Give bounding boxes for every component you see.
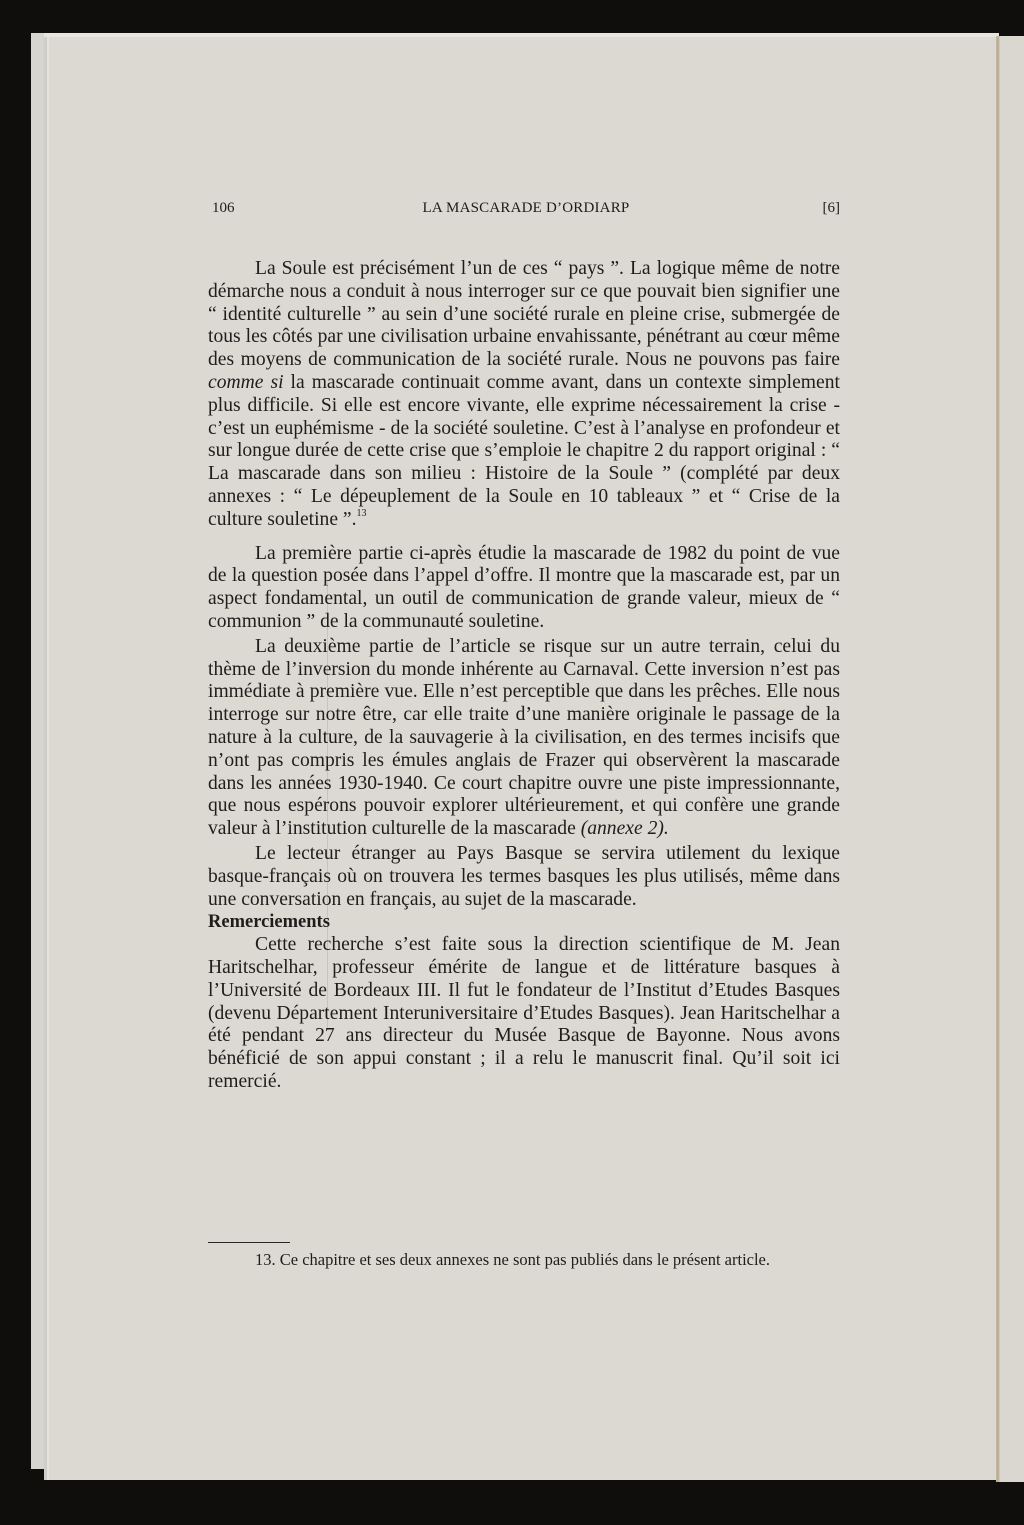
- footnote-number: 13.: [255, 1250, 276, 1269]
- scanned-book-page: 106 LA MASCARADE D’ORDIARP [6] La Soule …: [0, 0, 1024, 1525]
- footnotes: 13. Ce chapitre et ses deux annexes ne s…: [208, 1250, 840, 1271]
- footnote-reference[interactable]: 13: [357, 508, 367, 519]
- paragraph-1: La Soule est précisément l’un de ces “ p…: [208, 258, 840, 532]
- footnote-13: 13. Ce chapitre et ses deux annexes ne s…: [208, 1250, 840, 1271]
- section-heading: Remerciements: [208, 911, 840, 934]
- body-text: La Soule est précisément l’un de ces “ p…: [208, 258, 840, 1094]
- running-title: LA MASCARADE D’ORDIARP: [212, 200, 840, 217]
- annex-reference: (annexe 2).: [581, 818, 669, 839]
- footnote-separator: [208, 1242, 290, 1243]
- acknowledgement-paragraph: Cette recherche s’est faite sous la dire…: [208, 934, 840, 1094]
- paragraph-3: La deuxième partie de l’article se risqu…: [208, 636, 840, 841]
- section-marker: [6]: [823, 200, 841, 217]
- paragraph-2: La première partie ci-après étudie la ma…: [208, 543, 840, 634]
- paragraph-4: Le lecteur étranger au Pays Basque se se…: [208, 843, 840, 911]
- facing-page-edge: [1000, 36, 1024, 1482]
- running-header: 106 LA MASCARADE D’ORDIARP [6]: [212, 200, 840, 222]
- italic-phrase: comme si: [208, 372, 284, 393]
- footnote-text: Ce chapitre et ses deux annexes ne sont …: [280, 1250, 770, 1269]
